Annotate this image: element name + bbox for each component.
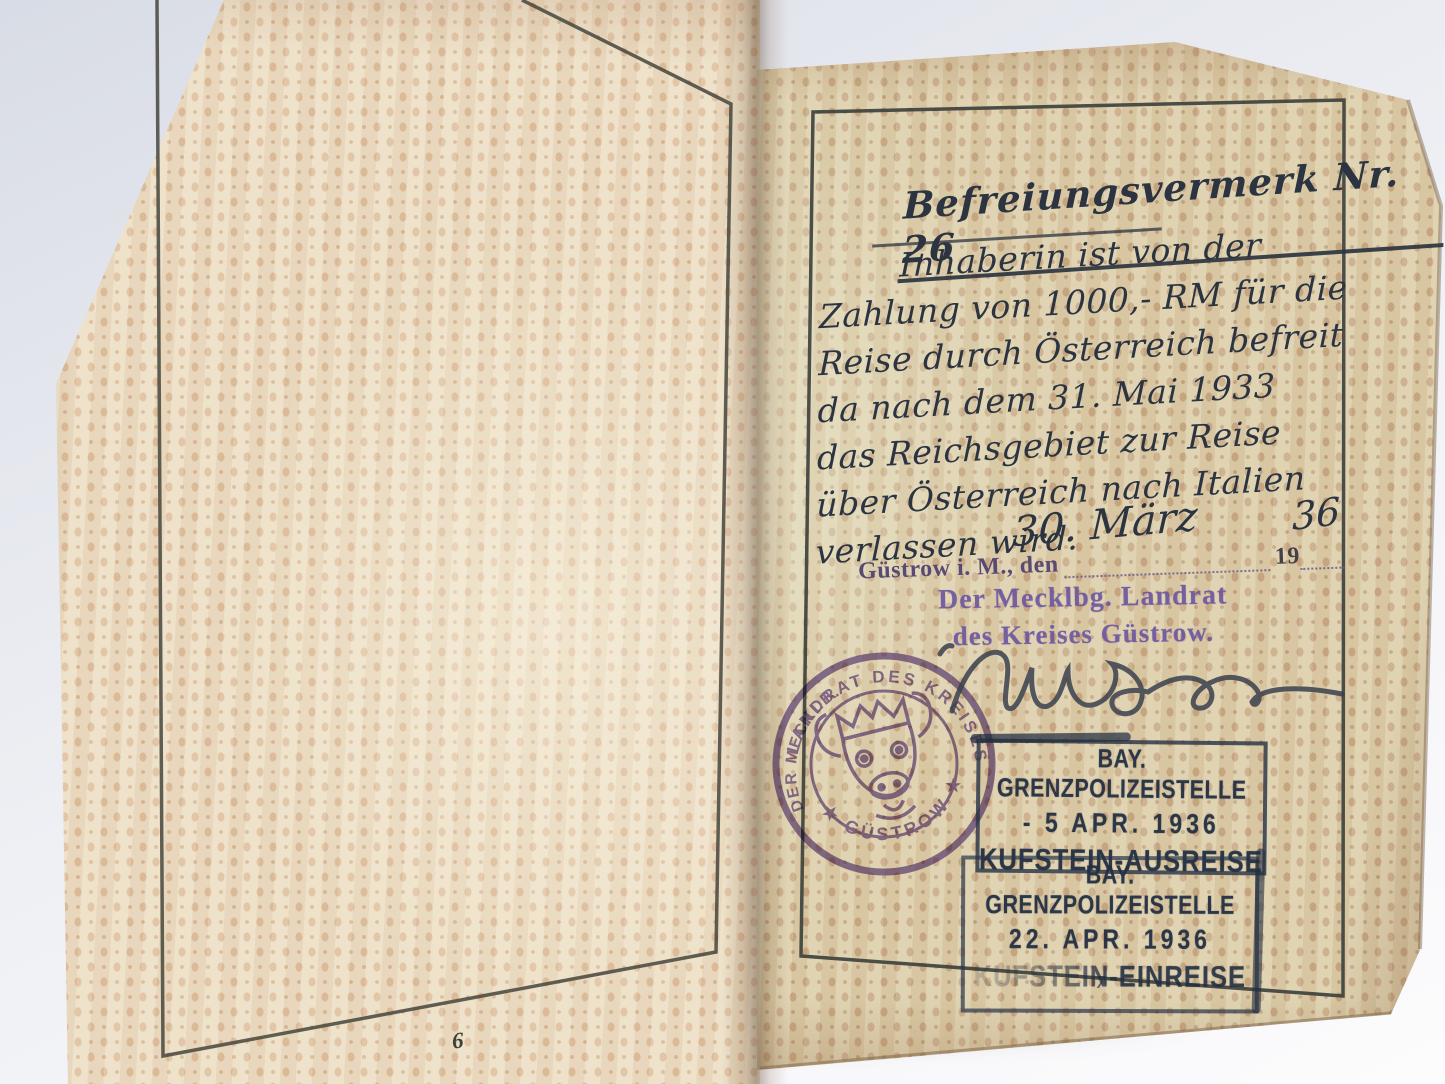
border-stamp-einreise: BAY. GRENZPOLIZEISTELLE 22. APR. 1936 KU…	[961, 855, 1260, 1013]
passport-photo: 6 7 Befreiungsvermerk Nr. 26 Inhaberin i…	[0, 0, 1445, 1084]
page-number-6: 6	[451, 1028, 465, 1055]
authority-line-2: des Kreises Güstrow.	[893, 616, 1273, 654]
authority-stamp-text: Der Mecklbg. Landrat des Kreises Güstrow…	[892, 579, 1273, 654]
authority-line-1: Der Mecklbg. Landrat	[892, 579, 1273, 618]
signature-path	[940, 646, 1342, 714]
handwritten-year: 36	[1292, 489, 1340, 539]
stamp-office: BAY. GRENZPOLIZEISTELLE	[962, 860, 1258, 921]
stamp-date: - 5 APR. 1936	[980, 806, 1263, 841]
stamp-station: KUFSTEIN-EINREISE	[962, 960, 1258, 996]
stamp-date: 22. APR. 1936	[965, 923, 1255, 956]
book-gutter-fold	[722, 0, 788, 1084]
stamp-office: BAY. GRENZPOLIZEISTELLE	[977, 743, 1266, 806]
